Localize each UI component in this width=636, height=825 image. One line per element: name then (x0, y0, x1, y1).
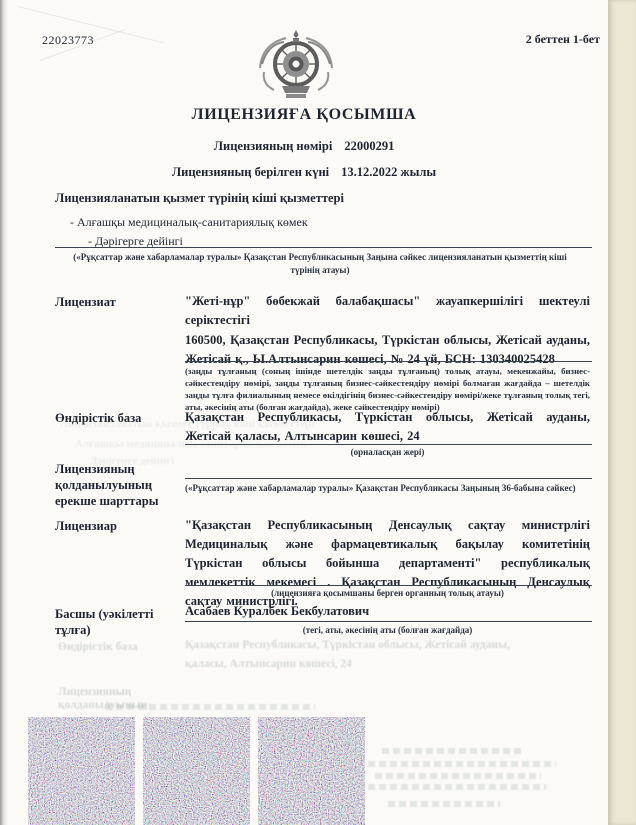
divider-line (55, 247, 592, 248)
bleed-through-text: Алғашқы медициналық-санитариялық көмек (75, 438, 307, 450)
licensee-footnote: (заңды тұлғаның (соның ішінде шетелдік з… (185, 365, 590, 413)
scan-edge-shadow (0, 0, 8, 825)
bleed-through-text: Лицензияланатын қызмет түрінің кіші қызм… (60, 418, 314, 430)
divider-line (185, 478, 592, 479)
signature-noise-stamp (28, 717, 135, 825)
signature-noise-stamp (258, 717, 365, 825)
bleed-through-smudge (368, 784, 546, 790)
license-number-row: Лицензияның нөмірі 22000291 (0, 139, 608, 154)
licensor-label: Лицензиар (55, 518, 180, 534)
divider-line (185, 361, 592, 362)
page-indicator: 2 беттен 1-бет (500, 32, 600, 47)
scanner-background-strip (608, 0, 636, 825)
license-date-row: Лицензияның берілген күні 13.12.2022 жыл… (0, 165, 608, 180)
signature-noise-stamp (143, 717, 250, 825)
bleed-through-text: Қазақстан Республикасы, Түркістан облысы… (185, 639, 585, 651)
head-name: Асабаев Куралбек Бекбулатович (185, 604, 592, 622)
special-conditions-label: Лицензияның қолданылуының ерекше шарттар… (55, 461, 180, 509)
bleed-through-text: қаласы, Алтынсарин көшесі, 24 (185, 658, 352, 670)
bleed-through-text: Лицензияның (58, 686, 131, 698)
license-number-label: Лицензияның нөмірі (214, 139, 333, 154)
bleed-through-smudge (388, 801, 500, 807)
subactivities-heading: Лицензияланатын қызмет түрінің кіші қызм… (55, 191, 344, 206)
licensee-address: 160500, Қазақстан Республикасы, Түркіста… (185, 331, 590, 369)
page-title: ЛИЦЕНЗИЯҒА ҚОСЫМША (0, 106, 608, 124)
head-footnote: (тегі, аты, әкесінің аты (болған жағдайд… (185, 625, 590, 635)
head-label: Басшы (уәкілетті тұлға) (55, 606, 190, 638)
license-attachment-document: 22023773 2 беттен 1-бет (0, 0, 636, 825)
licensee-label: Лицензиат (55, 294, 180, 310)
document-number: 22023773 (42, 33, 94, 48)
license-date-value: 13.12.2022 жылы (341, 165, 436, 180)
bleed-through-smudge (368, 761, 556, 767)
bleed-through-text: Өндірістік база (58, 641, 138, 653)
subactivity-item: - Алғашқы медициналық-санитариялық көмек (70, 215, 308, 230)
license-number-value: 22000291 (344, 139, 394, 154)
licensee-name: "Жеті-нұр" бөбекжай балабақшасы" жауапке… (185, 292, 590, 330)
bleed-through-text: Дәрігерге дейінгі (90, 455, 174, 467)
license-date-label: Лицензияның берілген күні (172, 165, 329, 180)
bleed-through-smudge (105, 704, 315, 710)
kazakhstan-coat-of-arms-icon (252, 28, 340, 109)
special-conditions-note: («Рұқсаттар және хабарламалар туралы» Қа… (185, 482, 590, 495)
subactivities-footnote: («Рұқсаттар және хабарламалар туралы» Қа… (60, 251, 580, 276)
bleed-through-smudge (375, 773, 541, 779)
bleed-through-smudge (382, 748, 522, 754)
licensor-footnote: (лицензияға қосымшаны берген органның то… (185, 588, 590, 598)
divider-line (185, 585, 592, 586)
